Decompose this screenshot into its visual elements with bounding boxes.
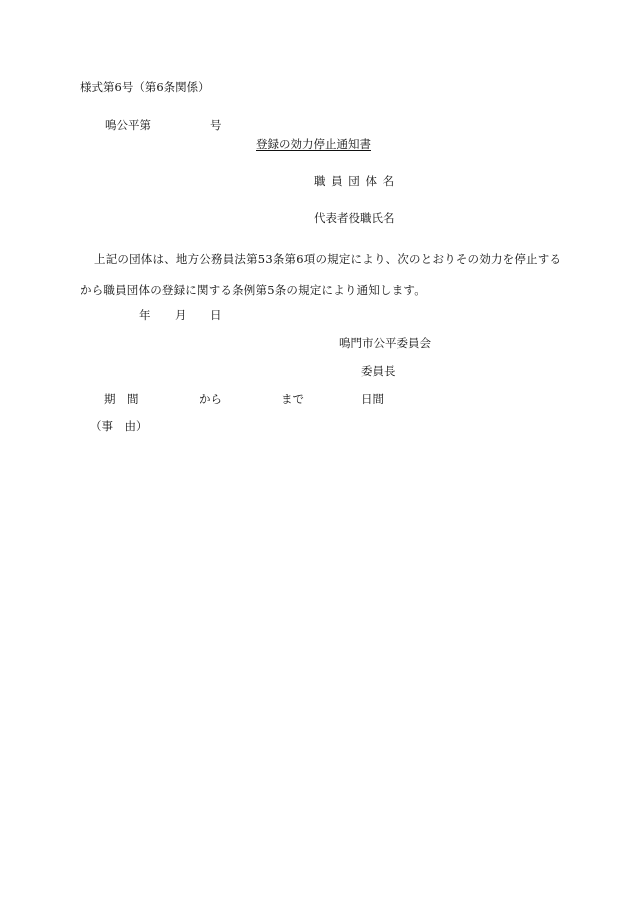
date-day: 日 bbox=[210, 308, 222, 322]
document-page: 様式第6号（第6条関係） 鳴公平第 号 登録の効力停止通知書 職 員 団 体 名… bbox=[0, 0, 630, 903]
period-days: 日間 bbox=[361, 392, 384, 406]
issuer-title: 委員長 bbox=[361, 364, 396, 378]
period-label: 期 間 bbox=[104, 392, 139, 406]
issuer-organization: 鳴門市公平委員会 bbox=[339, 336, 431, 350]
form-label: 様式第6号（第6条関係） bbox=[80, 80, 210, 94]
reference-prefix: 鳴公平第 bbox=[105, 118, 151, 132]
body-line-1: 上記の団体は、地方公務員法第53条第6項の規定により、次のとおりその効力を停止す… bbox=[94, 252, 561, 266]
addressee-organization: 職 員 団 体 名 bbox=[314, 174, 395, 188]
reason-label: （事 由） bbox=[90, 419, 148, 433]
addressee-representative: 代表者役職氏名 bbox=[314, 211, 395, 225]
document-title: 登録の効力停止通知書 bbox=[256, 137, 371, 151]
period-from: から bbox=[199, 392, 222, 406]
date-year: 年 bbox=[139, 308, 151, 322]
body-line-2: から職員団体の登録に関する条例第5条の規定により通知します。 bbox=[80, 283, 426, 297]
period-until: まで bbox=[281, 392, 304, 406]
reference-suffix: 号 bbox=[210, 118, 222, 132]
date-month: 月 bbox=[175, 308, 187, 322]
